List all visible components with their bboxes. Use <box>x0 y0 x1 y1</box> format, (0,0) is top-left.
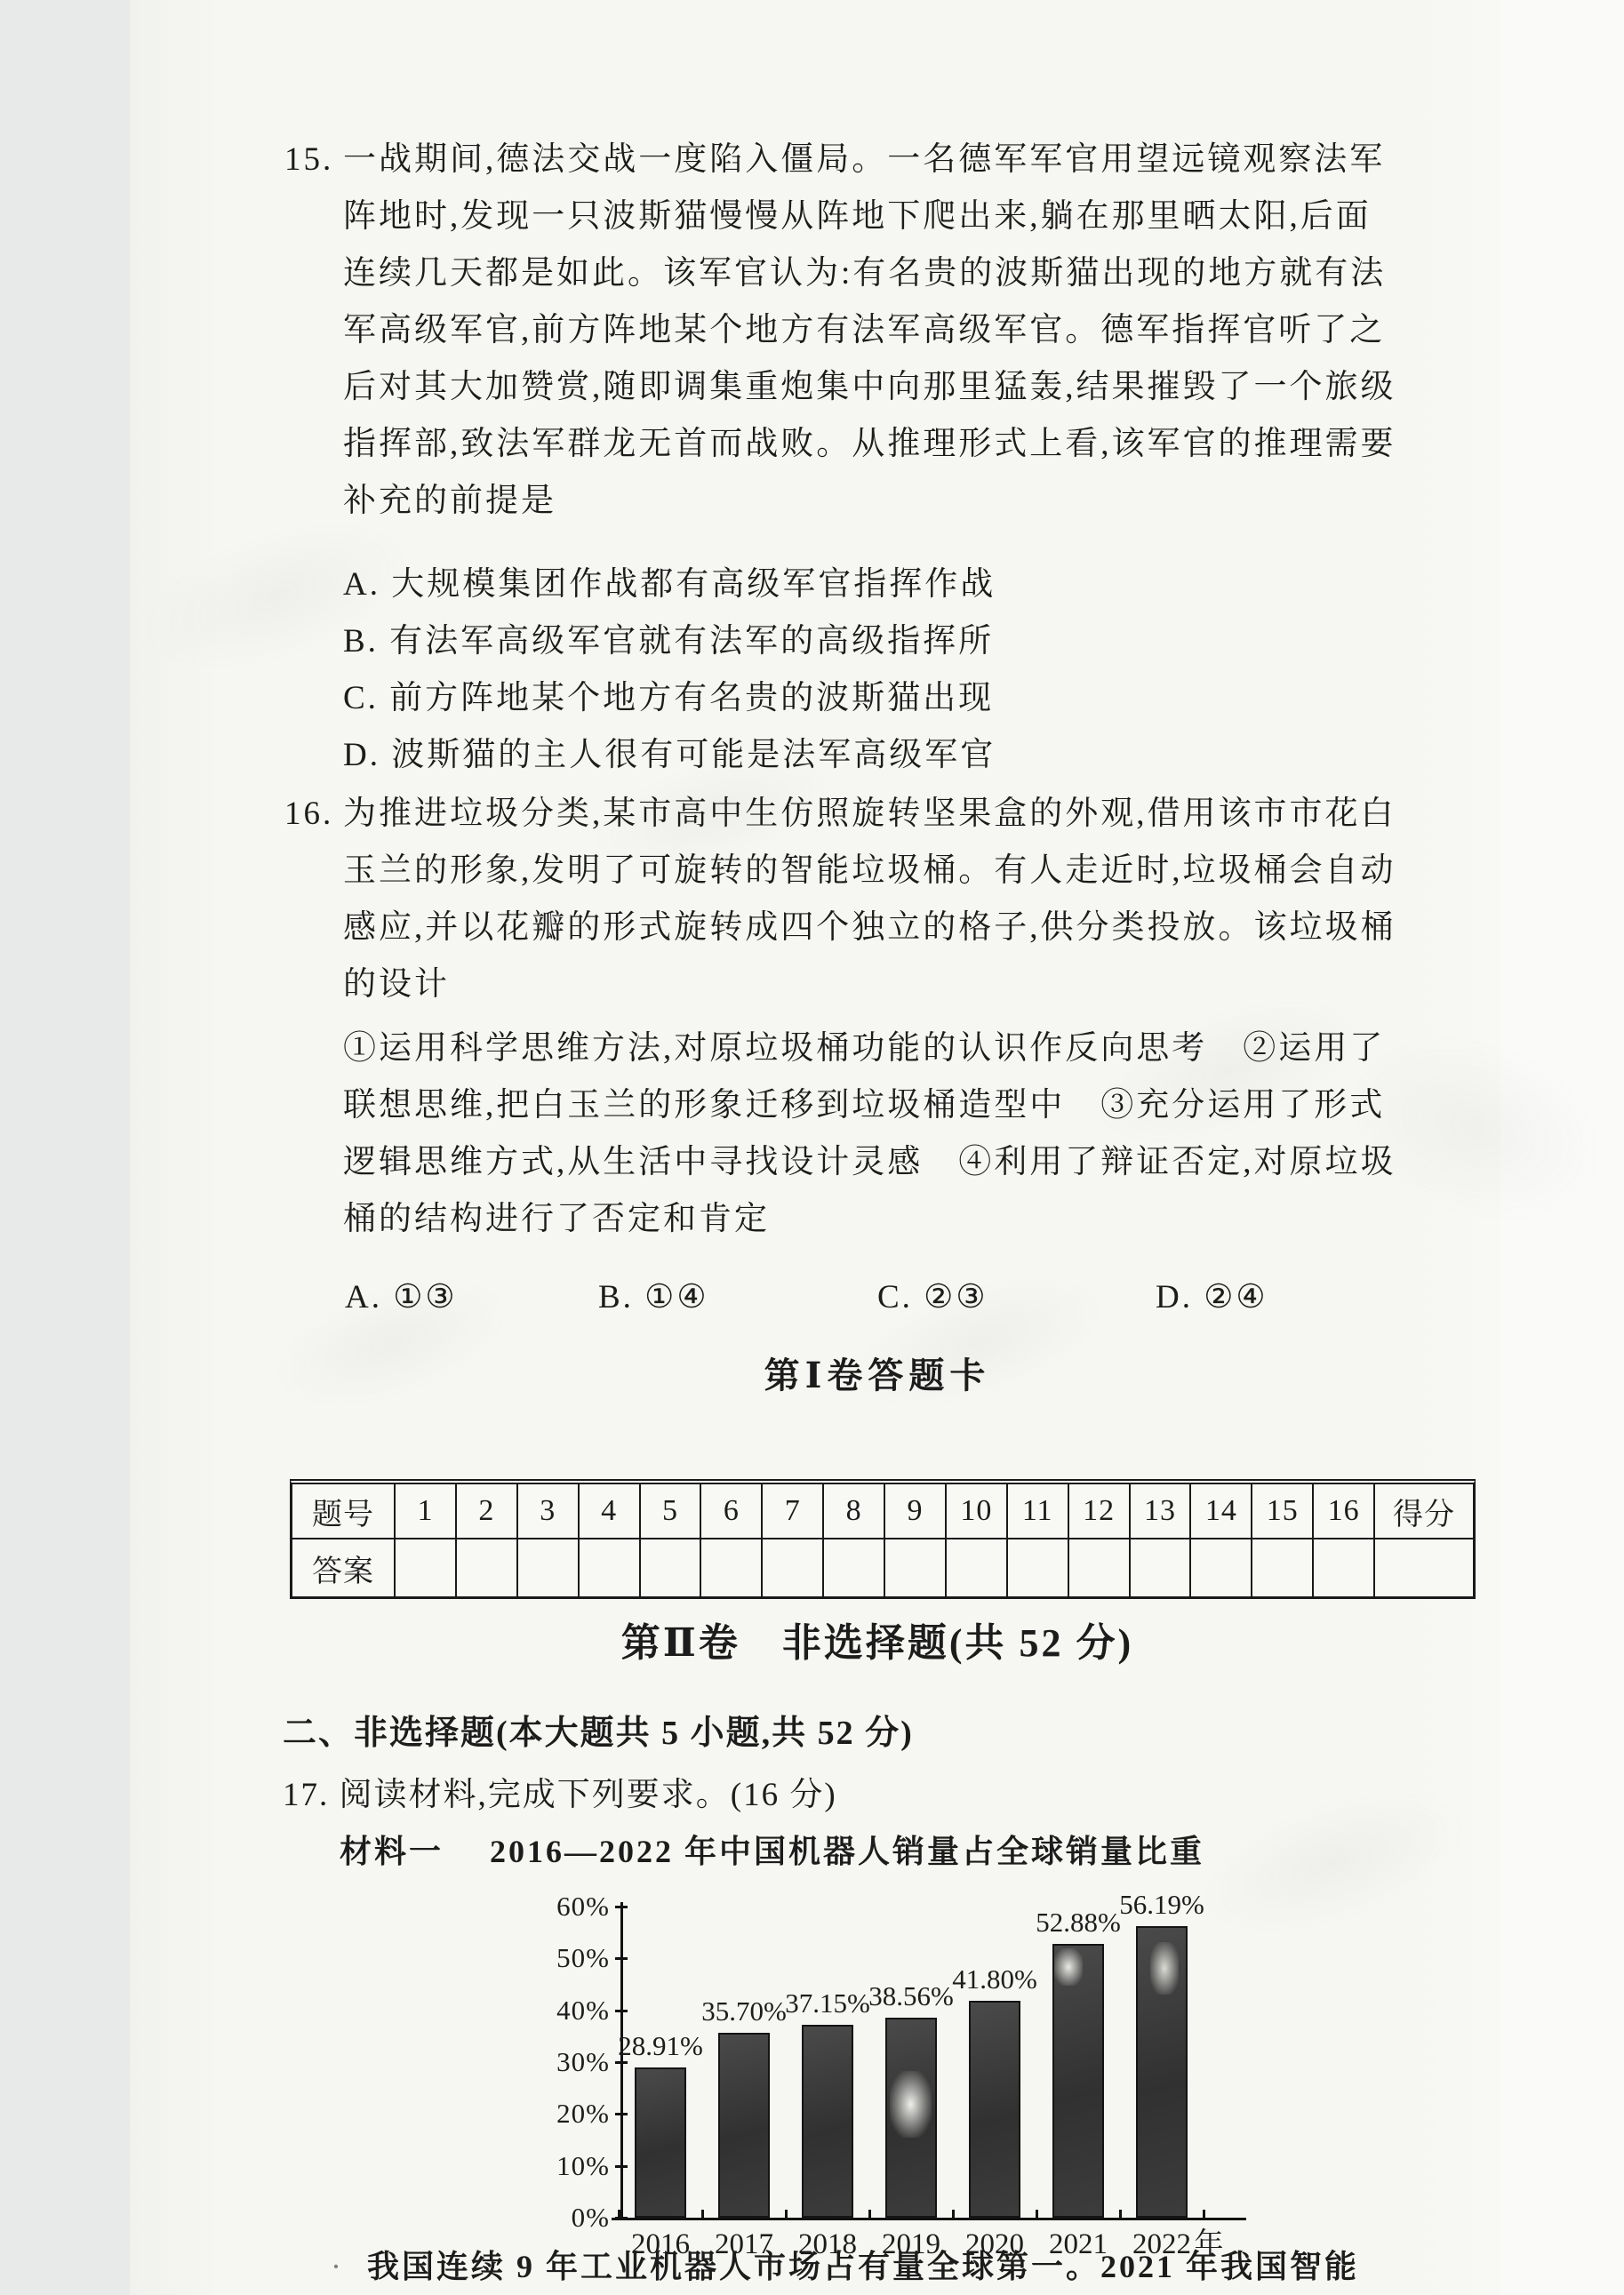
bar-value-label: 28.91% <box>580 2028 740 2064</box>
question-15-option-line: C. 前方阵地某个地方有名贵的波斯猫出现 <box>284 670 1502 727</box>
y-axis-tick <box>615 2113 628 2115</box>
answer-card-answer-cell <box>578 1538 639 1596</box>
y-axis-tick <box>615 1957 628 1960</box>
answer-card-question-number: 10 <box>945 1484 1006 1538</box>
question-15-line: 15.一战期间,德法交战一度陷入僵局。一名德军军官用望远镜观察法军 <box>284 132 1502 188</box>
answer-card-answer-cell <box>516 1538 578 1596</box>
answer-card-question-number: 12 <box>1068 1484 1129 1538</box>
section-2-heading: 二、非选择题(本大题共 5 小题,共 52 分) <box>283 1705 914 1762</box>
answer-card-question-number: 8 <box>822 1484 884 1538</box>
answer-card-answer-cell <box>639 1538 700 1596</box>
answer-card-question-number: 4 <box>578 1484 639 1538</box>
question-16-option: B. ①④ <box>598 1269 709 1326</box>
bar-2017 <box>718 2033 770 2218</box>
question-15-text: 15.一战期间,德法交战一度陷入僵局。一名德军军官用望远镜观察法军阵地时,发现一… <box>284 132 1502 530</box>
question-15-options: A. 大规模集团作战都有高级军官指挥作战B. 有法军高级军官就有法军的高级指挥所… <box>284 556 1502 784</box>
x-axis-line <box>612 2218 1246 2220</box>
question-16-line: 16.为推进垃圾分类,某市高中生仿照旋转坚果盒的外观,借用该市市花白 <box>284 786 1502 843</box>
answer-card-title: 第Ⅰ卷答题卡 <box>284 1347 1470 1398</box>
material-1-label: 材料一 <box>340 1834 444 1869</box>
answer-card-answer-cell <box>700 1538 761 1596</box>
answer-card-answer-cell <box>1251 1538 1312 1596</box>
question-16-text: 16.为推进垃圾分类,某市高中生仿照旋转坚果盒的外观,借用该市市花白玉兰的形象,… <box>284 786 1502 1013</box>
answer-card-answer-label: 答案 <box>292 1538 394 1596</box>
question-15-option-line: A. 大规模集团作战都有高级军官指挥作战 <box>284 556 1502 613</box>
faint-dot: · <box>331 2249 344 2284</box>
y-axis-tick <box>615 1906 628 1908</box>
answer-card-answer-cell <box>455 1538 516 1596</box>
x-axis-tick <box>1203 2210 1205 2219</box>
answer-card-answer-cell <box>884 1538 945 1596</box>
question-16-item-line: 逻辑思维方式,从生活中寻找设计灵感 ④利用了辩证否定,对原垃圾 <box>284 1134 1502 1191</box>
material-1-line: 材料一2016—2022 年中国机器人销量占全球销量比重 <box>340 1829 1204 1874</box>
answer-card-question-number: 7 <box>761 1484 822 1538</box>
answer-card-corner-label: 题号 <box>292 1484 394 1538</box>
bar-2018 <box>802 2025 853 2218</box>
question-16-line: 感应,并以花瓣的形式旋转成四个独立的格子,供分类投放。该垃圾桶 <box>284 900 1502 956</box>
question-16-items: ①运用科学思维方法,对原垃圾桶功能的认识作反向思考 ②运用了联想思维,把白玉兰的… <box>284 1020 1502 1248</box>
bar-2022 <box>1136 1926 1188 2218</box>
answer-card-question-number: 1 <box>394 1484 455 1538</box>
y-axis-tick-label: 40% <box>510 1991 610 2030</box>
answer-card-question-number: 13 <box>1129 1484 1190 1538</box>
question-16-option: C. ②③ <box>877 1269 988 1326</box>
question-15-line: 指挥部,致法军群龙无首而战败。从推理形式上看,该军官的推理需要 <box>284 416 1502 473</box>
y-axis-tick-label: 60% <box>510 1887 610 1926</box>
x-axis-tick <box>701 2210 704 2219</box>
bottom-text-content: 我国连续 9 年工业机器人市场占有量全球第一。2021 年我国智能 <box>367 2249 1359 2284</box>
x-axis-tick <box>1036 2210 1038 2219</box>
answer-card-question-number: 9 <box>884 1484 945 1538</box>
answer-card-question-number: 16 <box>1312 1484 1373 1538</box>
question-16-item-line: 桶的结构进行了否定和肯定 <box>284 1191 1502 1248</box>
bar-2019 <box>885 2018 937 2218</box>
question-16-options: A. ①③B. ①④C. ②③D. ②④ <box>284 1269 1502 1326</box>
answer-card-answer-cell <box>945 1538 1006 1596</box>
x-axis-tick <box>1119 2210 1122 2219</box>
answer-card-question-number: 11 <box>1006 1484 1068 1538</box>
scan-margin-right <box>1500 0 1624 2295</box>
question-16-line: 的设计 <box>284 956 1502 1013</box>
answer-card-answer-cell <box>1373 1538 1473 1596</box>
answer-card-question-number: 2 <box>455 1484 516 1538</box>
question-15-line: 阵地时,发现一只波斯猫慢慢从阵地下爬出来,躺在那里晒太阳,后面 <box>284 188 1502 245</box>
question-16-item-line: ①运用科学思维方法,对原垃圾桶功能的认识作反向思考 ②运用了 <box>284 1020 1502 1077</box>
x-axis-tick <box>868 2210 871 2219</box>
answer-card-answer-cell <box>1312 1538 1373 1596</box>
answer-card-question-number: 3 <box>516 1484 578 1538</box>
y-axis-tick-label: 50% <box>510 1939 610 1978</box>
x-axis-tick <box>618 2210 620 2219</box>
scanned-exam-page: 15.一战期间,德法交战一度陷入僵局。一名德军军官用望远镜观察法军阵地时,发现一… <box>0 0 1624 2295</box>
question-15-line: 补充的前提是 <box>284 473 1502 530</box>
answer-card-answer-cell <box>1189 1538 1251 1596</box>
answer-card-table: 题号12345678910111213141516得分答案 <box>290 1479 1476 1599</box>
bar-value-label: 41.80% <box>915 1962 1075 1997</box>
y-axis-tick-label: 0% <box>510 2198 610 2237</box>
y-axis-tick <box>615 2165 628 2168</box>
question-15-line: 连续几天都是如此。该军官认为:有名贵的波斯猫出现的地方就有法 <box>284 245 1502 302</box>
answer-card-answer-cell <box>1129 1538 1190 1596</box>
question-16-line: 玉兰的形象,发明了可旋转的智能垃圾桶。有人走近时,垃圾桶会自动 <box>284 843 1502 900</box>
question-15-number: 15. <box>284 132 333 188</box>
question-15-option-line: D. 波斯猫的主人很有可能是法军高级军官 <box>284 727 1502 784</box>
bottom-text: ·我国连续 9 年工业机器人市场占有量全球第一。2021 年我国智能 <box>331 2242 1359 2291</box>
scan-margin-left <box>0 0 130 2295</box>
bar-value-label: 56.19% <box>1082 1887 1242 1923</box>
x-axis-tick <box>785 2210 788 2219</box>
y-axis-tick-label: 20% <box>510 2094 610 2133</box>
answer-card-question-number: 5 <box>639 1484 700 1538</box>
y-axis-tick <box>615 2010 628 2012</box>
part2-heading: 第Ⅱ卷 非选择题(共 52 分) <box>284 1611 1470 1667</box>
chart-title: 2016—2022 年中国机器人销量占全球销量比重 <box>490 1834 1204 1869</box>
answer-card-score-header: 得分 <box>1373 1484 1473 1538</box>
question-16-option: A. ①③ <box>345 1269 458 1326</box>
answer-card-question-number: 15 <box>1251 1484 1312 1538</box>
answer-card-question-number: 6 <box>700 1484 761 1538</box>
question-15-line: 后对其大加赞赏,随即调集重炮集中向那里猛轰,结果摧毁了一个旅级 <box>284 359 1502 416</box>
answer-card-answer-cell <box>761 1538 822 1596</box>
question-15-line: 军高级军官,前方阵地某个地方有法军高级军官。德军指挥官听了之 <box>284 302 1502 359</box>
answer-card-answer-cell <box>394 1538 455 1596</box>
bar-2016 <box>635 2067 686 2218</box>
answer-card-question-number: 14 <box>1189 1484 1251 1538</box>
question-15-option-line: B. 有法军高级军官就有法军的高级指挥所 <box>284 613 1502 670</box>
answer-card-answer-cell <box>1068 1538 1129 1596</box>
answer-card-answer-cell <box>1006 1538 1068 1596</box>
answer-card-answer-cell <box>822 1538 884 1596</box>
bar-2021 <box>1052 1944 1104 2218</box>
question-16-option: D. ②④ <box>1156 1269 1268 1326</box>
question-16-number: 16. <box>284 786 333 843</box>
x-axis-tick <box>952 2210 955 2219</box>
question-16-item-line: 联想思维,把白玉兰的形象迁移到垃圾桶造型中 ③充分运用了形式 <box>284 1077 1502 1134</box>
bar-2020 <box>969 2001 1020 2218</box>
y-axis-tick-label: 10% <box>510 2147 610 2186</box>
question-17-intro: 17. 阅读材料,完成下列要求。(16 分) <box>283 1767 837 1824</box>
